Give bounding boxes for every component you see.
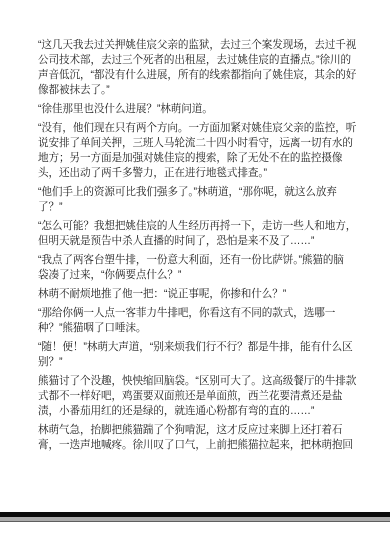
text-line: “怎么可能？我想把姚佳宸的人生经历再捋一下，走访一些人和地方， (38, 219, 354, 234)
text-line: “没有，他们现在只有两个方向。一方面加紧对姚佳宸父亲的监控，听 (38, 121, 354, 136)
paragraph: “徐佳那里也没什么进展？”林萌问道。 (38, 102, 354, 117)
paragraph: “我点了两客台塑牛排，一份意大利面，还有一份比萨饼。”熊猫的脑袋凑了过来，“你俩… (38, 253, 354, 283)
page-bottom-divider (0, 512, 390, 522)
text-line: 了？” (38, 200, 354, 215)
paragraph: 林萌气急，抬脚把熊猫踹了个狗啃泥，这才反应过来脚上还打着石膏，一迭声地喊疼。徐川… (38, 423, 354, 453)
text-line: 林萌气急，抬脚把熊猫踹了个狗啃泥，这才反应过来脚上还打着石 (38, 423, 354, 438)
novel-text: “这几天我去过关押姚佳宸父亲的监狱，去过三个案发现场，去过千视公司技术部，去过三… (38, 38, 354, 457)
text-line: 熊猫讨了个没趣，怏怏缩回脑袋。“区别可大了。这高级餐厅的牛排款 (38, 374, 354, 389)
novel-page: “这几天我去过关押姚佳宸父亲的监狱，去过三个案发现场，去过千视公司技术部，去过三… (0, 0, 390, 546)
text-line: 声音低沉，“都没有什么进展，所有的线索都指向了姚佳宸，其余的好 (38, 68, 354, 83)
paragraph: “没有，他们现在只有两个方向。一方面加紧对姚佳宸父亲的监控，听说安排了单间关押，… (38, 121, 354, 181)
text-line: “随！便！”林萌大声道，“别来烦我们行不行？都是牛排，能有什么区 (38, 340, 354, 355)
text-line: “那给你俩一人点一客菲力牛排吧，你看这有不同的款式，选哪一 (38, 306, 354, 321)
text-line: “徐佳那里也没什么进展？”林萌问道。 (38, 102, 354, 117)
text-line: 林萌不耐烦地推了他一把：“说正事呢，你掺和什么？” (38, 287, 354, 302)
text-line: 但明天就是预告中杀人直播的时间了，恐怕是来不及了……” (38, 234, 354, 249)
text-line: 别？” (38, 355, 354, 370)
text-line: 说安排了单间关押，三班人马轮流二十四小时看守，远离一切有水的 (38, 136, 354, 151)
text-line: 式都不一样好吧，鸡蛋要双面煎还是单面煎，西兰花要清煮还是盐 (38, 389, 354, 404)
paragraph: “那给你俩一人点一客菲力牛排吧，你看这有不同的款式，选哪一种？”熊猫咽了口唾沫。 (38, 306, 354, 336)
paragraph: “他们手上的资源可比我们强多了。”林萌道，“那你呢，就这么放弃了？” (38, 185, 354, 215)
text-line: 像都被抹去了。” (38, 83, 354, 98)
text-line: “他们手上的资源可比我们强多了。”林萌道，“那你呢，就这么放弃 (38, 185, 354, 200)
paragraph: 熊猫讨了个没趣，怏怏缩回脑袋。“区别可大了。这高级餐厅的牛排款式都不一样好吧，鸡… (38, 374, 354, 419)
text-line: 膏，一迭声地喊疼。徐川叹了口气，上前把熊猫拉起来，把林萌抱回 (38, 438, 354, 453)
text-line: 地方；另一方面是加强对姚佳宸的搜索，除了无处不在的监控摄像 (38, 151, 354, 166)
text-line: 渍，小番茄用红的还是绿的，就连通心粉都有弯的直的……” (38, 404, 354, 419)
text-line: 袋凑了过来，“你俩要点什么？” (38, 268, 354, 283)
text-line: 头，还出动了两千多警力，正在进行地毯式排查。” (38, 166, 354, 181)
paragraph: “这几天我去过关押姚佳宸父亲的监狱，去过三个案发现场，去过千视公司技术部，去过三… (38, 38, 354, 98)
paragraph: “随！便！”林萌大声道，“别来烦我们行不行？都是牛排，能有什么区别？” (38, 340, 354, 370)
text-line: “这几天我去过关押姚佳宸父亲的监狱，去过三个案发现场，去过千视 (38, 38, 354, 53)
paragraph: 林萌不耐烦地推了他一把：“说正事呢，你掺和什么？” (38, 287, 354, 302)
paragraph: “怎么可能？我想把姚佳宸的人生经历再捋一下，走访一些人和地方，但明天就是预告中杀… (38, 219, 354, 249)
text-line: 公司技术部，去过三个死者的出租屋，去过姚佳宸的直播点。”徐川的 (38, 53, 354, 68)
text-line: “我点了两客台塑牛排，一份意大利面，还有一份比萨饼。”熊猫的脑 (38, 253, 354, 268)
divider-thin-line (0, 521, 390, 522)
text-line: 种？”熊猫咽了口唾沫。 (38, 321, 354, 336)
